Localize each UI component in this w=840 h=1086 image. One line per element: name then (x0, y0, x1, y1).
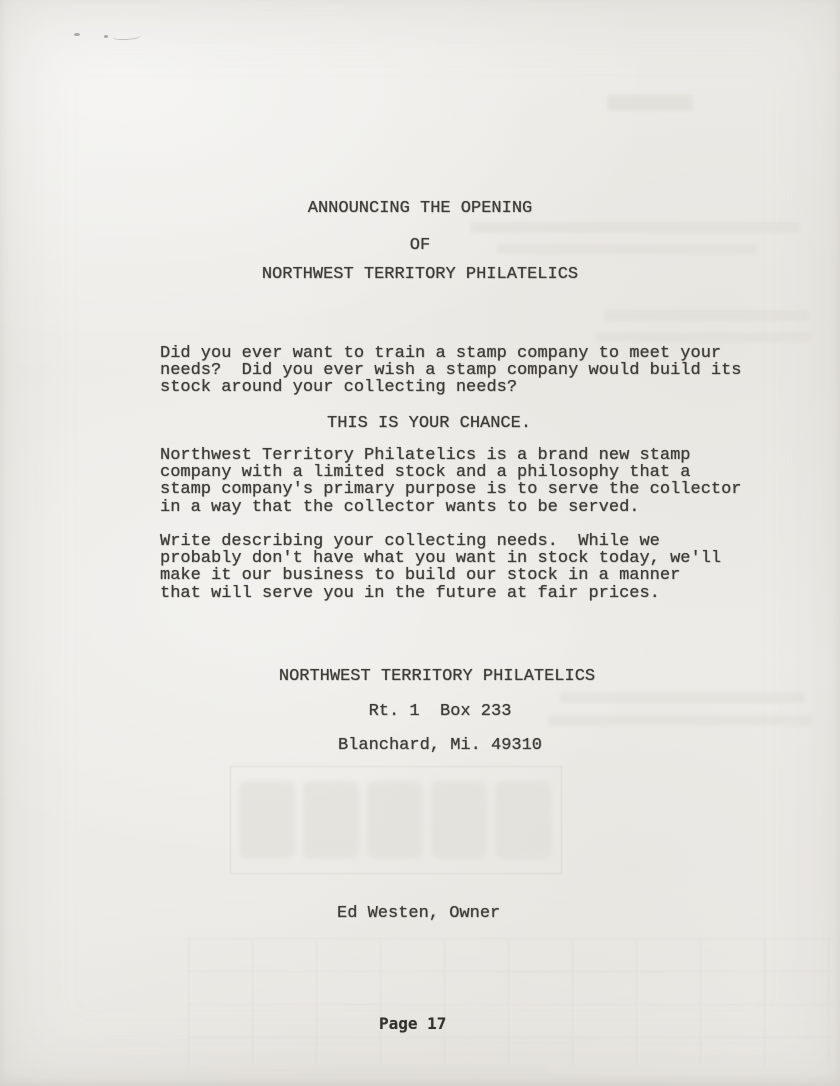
pen-mark-squiggle (112, 31, 142, 41)
bleed-through-stamp (367, 781, 423, 859)
signature-line: Ed Westen, Owner (337, 905, 500, 922)
bleed-through-table-grid (188, 938, 833, 1066)
chance-line: THIS IS YOUR CHANCE. (327, 415, 531, 432)
bleed-through-stamp (303, 781, 359, 859)
heading-line-3: NORTHWEST TERRITORY PHILATELICS (0, 266, 840, 283)
paragraph-2: Northwest Territory Philatelics is a bra… (160, 447, 742, 516)
bleed-through-stamp (239, 781, 295, 859)
bleed-through-stamp (431, 781, 487, 859)
bleed-through-text (596, 332, 811, 342)
bleed-through-text (607, 95, 693, 111)
bleed-through-text (604, 310, 809, 321)
scanned-document-page: ANNOUNCING THE OPENING OF NORTHWEST TERR… (0, 0, 840, 1086)
bleed-through-text (470, 222, 800, 233)
bleed-through-line (30, 1069, 550, 1072)
heading-line-2: OF (0, 237, 840, 254)
paragraph-1: Did you ever want to train a stamp compa… (160, 345, 742, 397)
bleed-through-text (560, 692, 805, 703)
page-number: Page 17 (379, 1014, 446, 1033)
address-city: Blanchard, Mi. 49310 (338, 737, 542, 754)
pen-mark-dot (104, 35, 108, 38)
paragraph-3: Write describing your collecting needs. … (160, 533, 721, 602)
bleed-through-stamp (495, 781, 551, 859)
address-company: NORTHWEST TERRITORY PHILATELICS (279, 668, 595, 685)
pen-mark-dot (74, 33, 80, 36)
bleed-through-stamp-block (230, 766, 562, 874)
heading-line-1: ANNOUNCING THE OPENING (0, 200, 840, 217)
bleed-through-text (548, 715, 813, 726)
address-street: Rt. 1 Box 233 (369, 703, 512, 720)
